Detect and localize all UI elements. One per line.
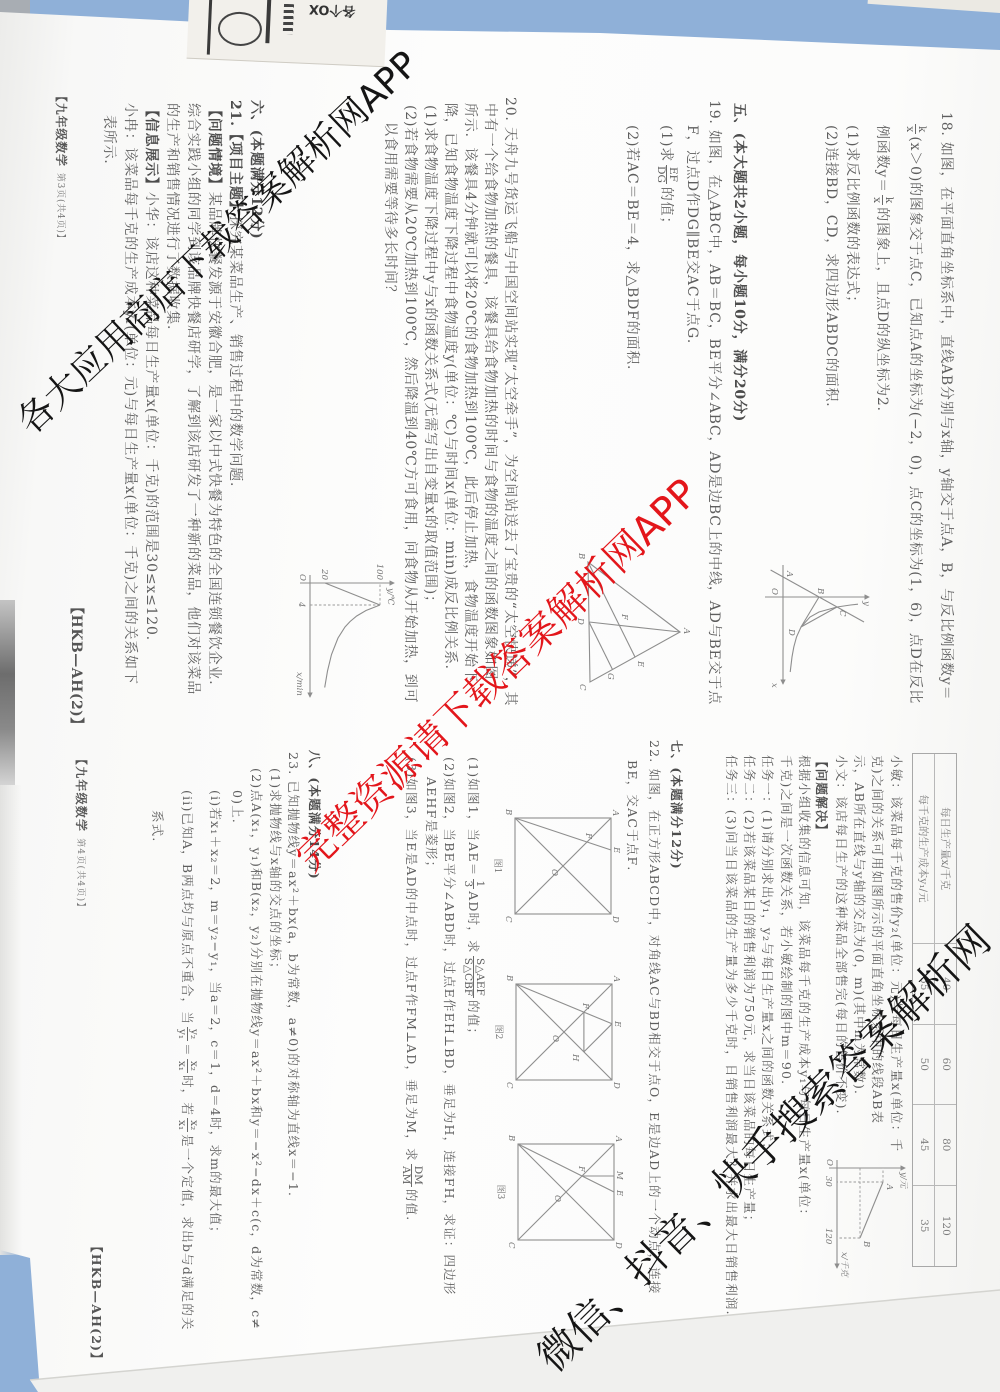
tick-label: 30 <box>823 1176 833 1187</box>
point-label: O <box>549 869 559 876</box>
point-label: F <box>619 613 629 621</box>
figure-caption: 图1 <box>492 859 503 874</box>
point-label: O <box>550 1035 560 1042</box>
q22-figure-3: A D B C E M F O 图3 <box>495 1134 624 1249</box>
point-label: O <box>552 1195 562 1202</box>
origin-label: O <box>297 574 307 581</box>
tick-label: 20 <box>319 568 329 580</box>
point-label: D <box>611 1081 621 1089</box>
point-label: B <box>861 1240 871 1247</box>
point-label: C <box>506 1242 516 1249</box>
figure-caption: 图2 <box>493 1025 504 1040</box>
point-label: C <box>503 916 513 923</box>
point-label: F <box>580 1002 590 1010</box>
origin-label: O <box>824 1159 834 1166</box>
tick-label: 4 <box>296 601 306 607</box>
axis-label: y/元 <box>898 1171 908 1190</box>
figure-caption: 图3 <box>495 1185 506 1200</box>
heating-segment <box>325 583 380 605</box>
point-label: B <box>503 808 513 815</box>
point-label: A <box>884 1183 894 1190</box>
tick-label: 120 <box>823 1228 833 1245</box>
cooling-curve <box>325 605 380 688</box>
q22-figure-2: A D B C E F H O 图2 <box>493 974 622 1089</box>
point-label: C <box>837 610 847 617</box>
q22-figure-1: A D B C E F O 图1 <box>492 808 621 923</box>
point-label: A <box>613 1135 623 1142</box>
axis-label: y <box>861 600 871 606</box>
axis-label: x <box>769 683 779 688</box>
point-label: E <box>635 660 645 668</box>
q20-figure: y/℃ x/min O 100 20 4 <box>294 564 395 697</box>
point-label: O <box>769 588 779 595</box>
point-label: B <box>815 587 825 594</box>
point-label: M <box>614 1170 624 1180</box>
photo-stage: 各个OX 18. 如图，在平面直角坐标系中，直线AB分别与x轴，y轴交于点A，B… <box>0 0 1000 1392</box>
point-label: C <box>504 1082 514 1089</box>
point-label: F <box>576 1165 586 1173</box>
segment-ab <box>860 1182 883 1238</box>
median-ad <box>589 622 680 632</box>
point-label: H <box>570 1053 580 1062</box>
point-label: A <box>610 809 620 816</box>
point-label: A <box>611 975 621 982</box>
segment-be <box>518 1144 614 1192</box>
q21-price-graph: y/元 x/千克 O A B 30 120 <box>823 1159 908 1278</box>
point-label: D <box>786 628 796 636</box>
segment-be <box>516 984 612 1024</box>
point-label: D <box>613 1241 623 1249</box>
point-label: B <box>504 974 514 981</box>
segment-eh <box>584 1024 612 1052</box>
point-label: A <box>784 570 794 577</box>
point-label: E <box>614 1189 624 1197</box>
line-ab <box>771 570 864 622</box>
point-label: G <box>605 673 615 680</box>
axis-label: x/min <box>294 672 304 696</box>
point-label: D <box>610 915 620 923</box>
point-label: F <box>583 832 593 840</box>
axis-label: y/℃ <box>385 587 395 606</box>
axis-label: x/千克 <box>839 1252 850 1278</box>
point-label: A <box>681 627 691 634</box>
point-label: E <box>611 846 621 854</box>
point-label: C <box>577 684 587 691</box>
segment-be <box>515 818 611 850</box>
point-label: E <box>612 1020 622 1028</box>
segment-dg <box>589 622 613 670</box>
tick-label: 100 <box>374 564 384 581</box>
q18-figure: x y O A B C D <box>765 565 871 688</box>
point-label: B <box>506 1134 516 1141</box>
